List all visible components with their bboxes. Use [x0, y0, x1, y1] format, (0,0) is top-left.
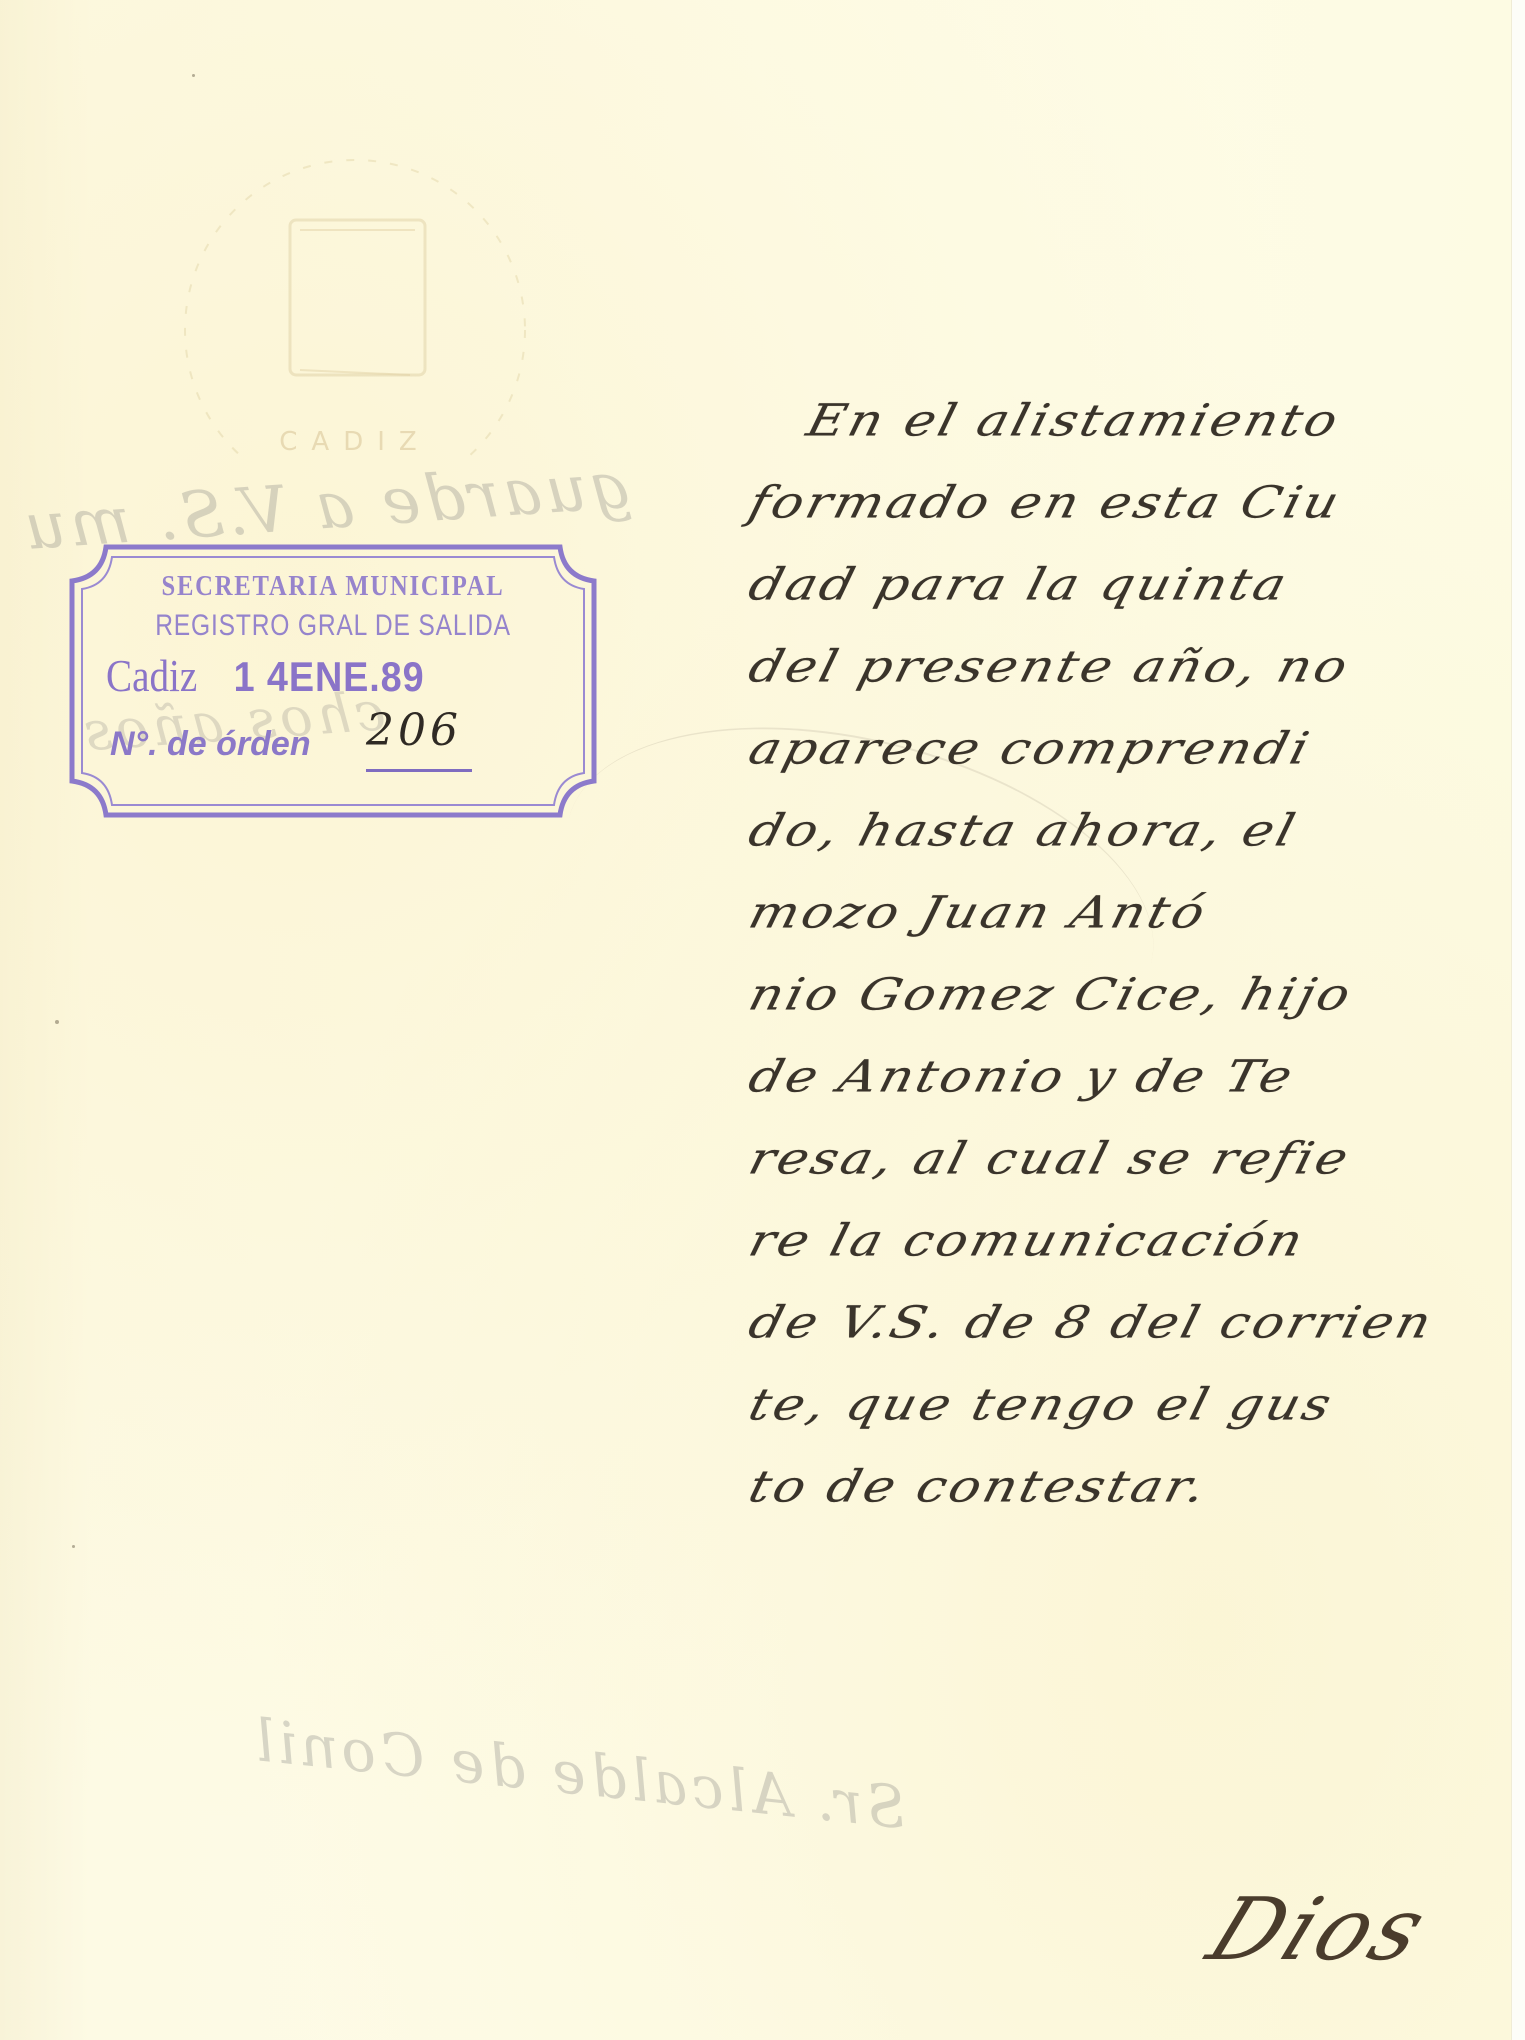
stamp-order-label: N°. de órden: [110, 725, 311, 764]
letter-line: mozo Juan Antó: [731, 878, 1518, 948]
letter-line: to de contestar.: [731, 1452, 1518, 1522]
letter-line: do, hasta ahora, el: [731, 796, 1518, 866]
order-underline: [366, 769, 472, 772]
stamp-date: 1 4ENE.89: [233, 653, 424, 701]
stamp-line-secretaria: SECRETARIA MUNICIPAL: [100, 571, 566, 603]
letter-line: dad para la quinta: [731, 550, 1518, 620]
stamp-date-line: Cadiz 1 4ENE.89: [98, 649, 435, 702]
letter-line: del presente año, no: [731, 632, 1518, 702]
paper-speck: [192, 74, 195, 77]
letter-body: En el alistamiento formado en esta Ciu d…: [740, 380, 1510, 1528]
stamp-order-number: 206: [366, 705, 462, 756]
letter-line: nio Gomez Cice, hijo: [731, 960, 1518, 1030]
letter-line: aparece comprendi: [731, 714, 1518, 784]
stamp-line-registro: REGISTRO GRAL DE SALIDA: [116, 609, 551, 643]
page-edge: [1511, 0, 1525, 2040]
paper-speck: [55, 1020, 59, 1024]
letter-line: resa, al cual se refie: [731, 1124, 1518, 1194]
closing-word: Dios: [1195, 1880, 1444, 1980]
registry-stamp: SECRETARIA MUNICIPAL REGISTRO GRAL DE SA…: [68, 543, 598, 819]
letter-line: de Antonio y de Te: [731, 1042, 1518, 1112]
letter-line: En el alistamiento: [731, 386, 1518, 456]
letter-line: te, que tengo el gus: [731, 1370, 1518, 1440]
letter-line: formado en esta Ciu: [731, 468, 1518, 538]
svg-text:CADIZ: CADIZ: [279, 427, 430, 457]
seal-icon: CADIZ: [150, 130, 570, 460]
letter-line: de V.S. de 8 del corrien: [731, 1288, 1518, 1358]
letter-line: re la comunicación: [731, 1206, 1518, 1276]
stamp-city: Cadiz: [106, 649, 197, 702]
embossed-seal: CADIZ: [150, 130, 570, 460]
paper-speck: [72, 1545, 75, 1548]
